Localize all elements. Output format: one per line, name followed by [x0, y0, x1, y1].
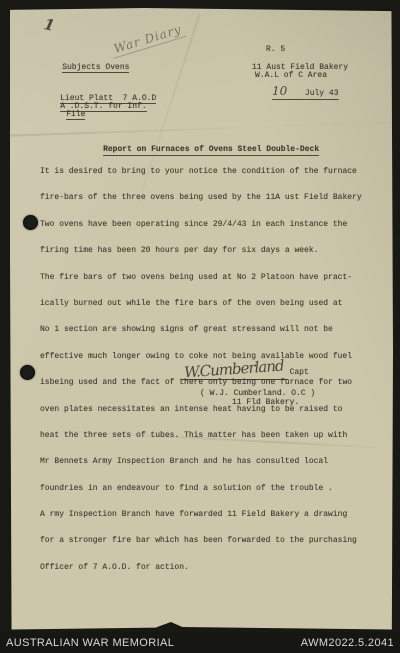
- handwritten-signature: W.Cumberland: [183, 357, 284, 382]
- signature-rank: Capt: [290, 368, 309, 377]
- body-line: oven plates necessitates an intense heat…: [40, 406, 380, 414]
- subject-line: Subjects Ovens: [62, 64, 129, 73]
- typed-date-text: July 43: [305, 89, 339, 98]
- body-line: No 1 section are showing signs of great …: [40, 326, 380, 334]
- archive-footer-bar: AUSTRALIAN WAR MEMORIAL AWM2022.5.2041: [0, 632, 400, 653]
- handwritten-date-day: 10: [272, 84, 287, 98]
- body-line: fire-bars of the three ovens being used …: [40, 194, 380, 202]
- body-line: Mr Bennets Army Inspection Branch and he…: [40, 458, 380, 466]
- addressee-line-3: File: [66, 111, 85, 120]
- handwritten-page-number: 1: [42, 15, 56, 35]
- document-paper: 1 War Diary Subjects Ovens R. 5 11 Aust …: [10, 8, 393, 632]
- body-line: The fire bars of two ovens being used at…: [40, 274, 380, 282]
- unit-area: W.A.L of C Area: [255, 71, 327, 80]
- body-line: firing time has been 20 hours per day fo…: [40, 247, 380, 255]
- body-line: Officer of 7 A.O.D. for action.: [40, 564, 380, 572]
- punch-hole-bottom: [20, 365, 35, 380]
- date-line: 10 July 43: [272, 87, 339, 100]
- body-line: Two ovens have been operating since 29/4…: [40, 221, 380, 229]
- archive-institution-label: AUSTRALIAN WAR MEMORIAL: [6, 637, 174, 649]
- body-line: It is desired to bring to your notice th…: [40, 168, 380, 176]
- body-line: isbeing used and the fact of there only …: [40, 379, 380, 387]
- signature-line: W.Cumberland: [182, 360, 288, 380]
- typed-date: [287, 89, 297, 98]
- archive-catalog-number: AWM2022.5.2041: [301, 637, 394, 649]
- signature-typed-name: ( W.J. Cumberland. O.C ): [200, 389, 315, 398]
- body-line: heat the three sets of tubes. This matte…: [40, 432, 380, 440]
- body-line: A rmy Inspection Branch have forwarded 1…: [40, 511, 380, 519]
- scanned-document-page: { "document": { "page_number_handwritten…: [0, 0, 400, 653]
- body-line: foundries in an endeavour to find a solu…: [40, 485, 380, 493]
- punch-hole-top: [23, 215, 38, 230]
- signature-unit: 11 Fld Bakery.: [232, 398, 299, 407]
- reference-number: R. 5: [266, 45, 285, 54]
- body-line: ically burned out while the fire bars of…: [40, 300, 380, 308]
- body-line: for a stronger fire bar which has been f…: [40, 537, 380, 545]
